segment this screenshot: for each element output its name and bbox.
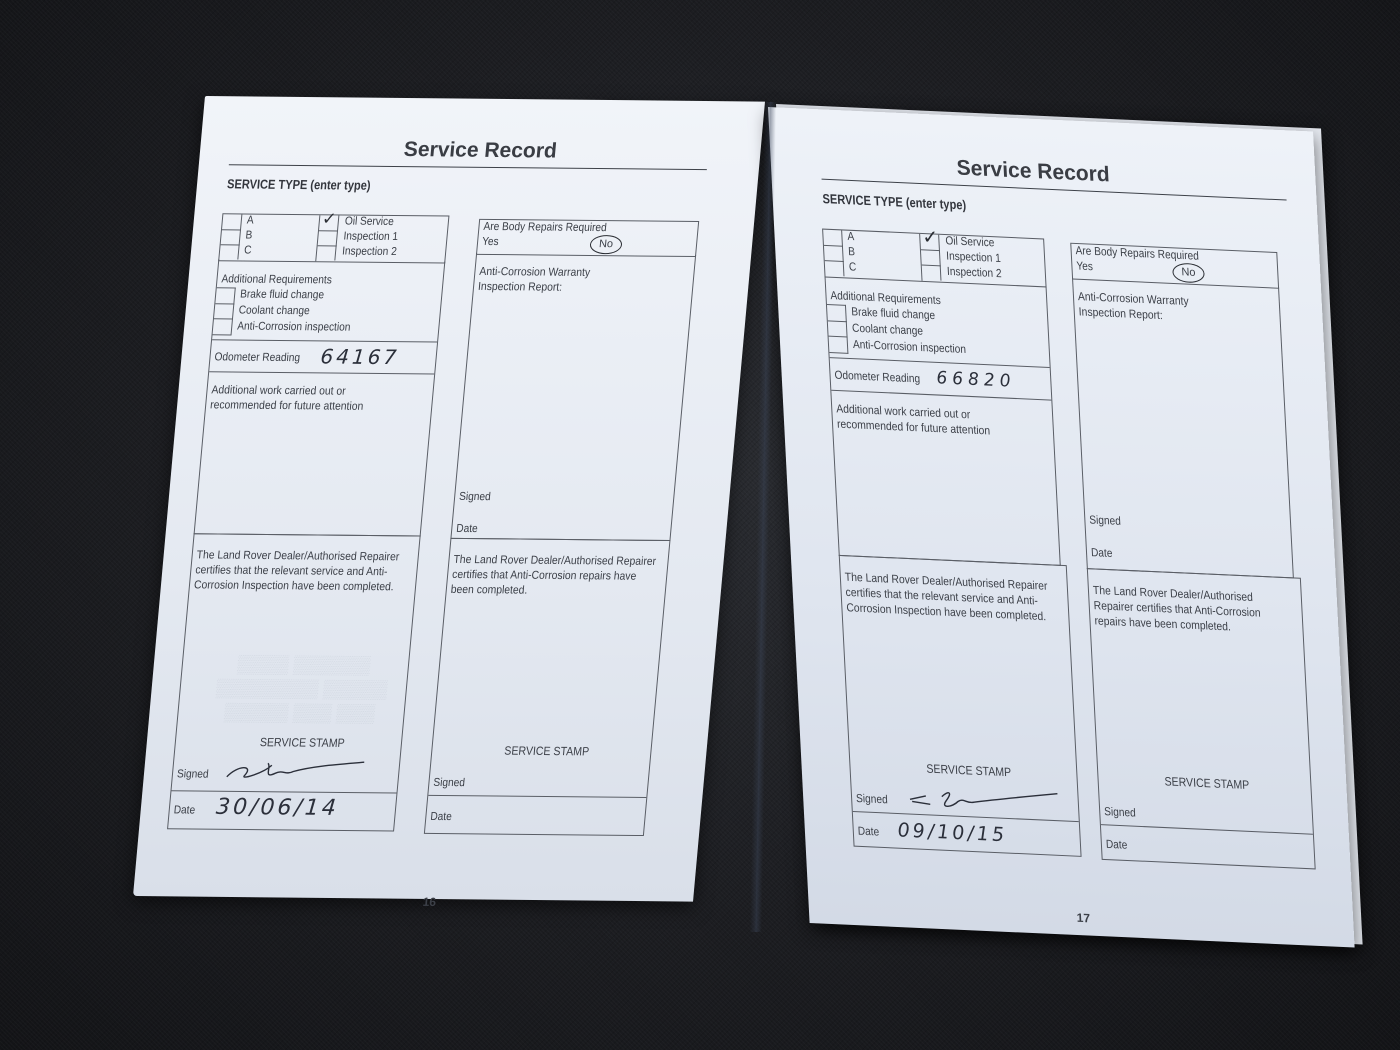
checkbox-a[interactable] <box>222 214 242 230</box>
req-brake-fluid: Brake fluid change <box>240 289 325 302</box>
warranty-report-box: Anti-Corrosion Warranty Inspection Repor… <box>450 253 696 541</box>
additional-work-label: Additional work carried out or recommend… <box>836 402 1000 440</box>
checkbox-coolant[interactable] <box>828 320 848 337</box>
option-inspection-2: Inspection 2 <box>342 246 398 259</box>
body-repairs-label: Are Body Repairs Required <box>1075 245 1199 263</box>
body-repairs-no-circled[interactable]: No <box>1172 263 1205 284</box>
odometer-value[interactable]: 64167 <box>320 344 401 369</box>
req-brake-fluid: Brake fluid change <box>851 306 935 322</box>
warranty-date-label: Date <box>456 523 478 535</box>
req-coolant: Coolant change <box>852 322 924 337</box>
body-repairs-no-circled[interactable]: No <box>589 235 623 254</box>
option-oil-service: Oil Service <box>945 235 995 249</box>
certify-service-text: The Land Rover Dealer/Authorised Repaire… <box>845 570 1072 626</box>
service-type-label: SERVICE TYPE (enter type) <box>822 191 966 213</box>
date-label: Date <box>1106 839 1128 852</box>
option-oil-service: Oil Service <box>344 216 394 228</box>
odometer-value[interactable]: 66820 <box>936 368 1016 392</box>
signature-mark <box>907 783 1068 817</box>
certification-box: The Land Rover Dealer/Authorised Repaire… <box>839 555 1082 857</box>
certification-box: The Land Rover Dealer/Authorised Repaire… <box>167 533 421 831</box>
certify-corrosion-text: The Land Rover Dealer/Authorised Repaire… <box>450 553 657 600</box>
divider <box>1101 824 1313 835</box>
divider <box>831 390 1051 401</box>
req-anti-corrosion: Anti-Corrosion inspection <box>237 321 351 334</box>
option-a: A <box>246 215 254 227</box>
additional-box: Additional Requirements Brake fluid chan… <box>194 259 446 536</box>
service-type-label: SERVICE TYPE (enter type) <box>226 176 371 192</box>
signed-label: Signed <box>176 768 209 780</box>
additional-requirements-label: Additional Requirements <box>830 290 941 307</box>
service-stamp-label: SERVICE STAMP <box>1164 774 1249 792</box>
service-options-box: A B C ✓ Oil Service Inspection 1 Inspect… <box>218 213 449 263</box>
divider <box>171 790 396 793</box>
option-b: B <box>245 230 253 242</box>
checkbox-c[interactable] <box>825 260 845 276</box>
checkbox-inspection-2[interactable] <box>922 265 942 281</box>
certify-corrosion-text: The Land Rover Dealer/Authorised Repaire… <box>1093 584 1284 638</box>
checkbox-b[interactable] <box>221 229 241 245</box>
checkmark-icon: ✓ <box>321 209 337 229</box>
signed-label: Signed <box>1104 806 1136 820</box>
req-coolant: Coolant change <box>238 305 310 318</box>
option-a: A <box>847 231 854 244</box>
body-repairs-yes[interactable]: Yes <box>1076 260 1093 273</box>
page-16: ▒▒▒▒ ▒▒▒▒▒▒▒▒▒▒▒▒▒▒ ▒▒▒▒▒▒▒▒▒▒ ▒▒▒ ▒▒▒ S… <box>133 96 765 902</box>
checkbox-coolant[interactable] <box>214 303 234 319</box>
divider <box>209 371 434 374</box>
warranty-signed-label: Signed <box>1089 514 1121 528</box>
page-title: Service Record <box>750 147 1316 197</box>
option-inspection-2: Inspection 2 <box>947 266 1002 281</box>
checkmark-icon: ✓ <box>922 226 939 250</box>
option-c: C <box>244 245 252 257</box>
body-repairs-label: Are Body Repairs Required <box>483 221 607 234</box>
date-value[interactable]: 09/10/15 <box>897 819 1007 846</box>
body-repairs-yes[interactable]: Yes <box>482 236 500 248</box>
service-stamp-label: SERVICE STAMP <box>259 735 345 750</box>
divider <box>212 339 437 342</box>
checkbox-brake-fluid[interactable] <box>215 287 236 304</box>
odometer-label: Odometer Reading <box>214 351 301 364</box>
date-value[interactable]: 30/06/14 <box>215 795 340 821</box>
warranty-report-label: Anti-Corrosion Warranty Inspection Repor… <box>1078 290 1224 327</box>
option-b: B <box>848 246 855 259</box>
signed-label: Signed <box>433 777 466 789</box>
additional-requirements-label: Additional Requirements <box>221 273 332 286</box>
page-17: Service Record SERVICE TYPE (enter type)… <box>768 107 1355 948</box>
checkbox-anti-corrosion[interactable] <box>829 337 849 354</box>
page-number: 17 <box>1076 911 1090 926</box>
page-number: 16 <box>422 895 437 909</box>
title-rule <box>229 164 707 170</box>
checkbox-inspection-1[interactable] <box>318 230 338 246</box>
divider <box>830 357 1050 368</box>
warranty-date-label: Date <box>1091 547 1113 560</box>
signature-mark <box>222 757 374 785</box>
date-label: Date <box>173 804 195 816</box>
date-label: Date <box>430 811 452 823</box>
additional-work-label: Additional work carried out or recommend… <box>209 383 374 415</box>
option-c: C <box>849 261 857 274</box>
service-stamp-label: SERVICE STAMP <box>504 744 590 759</box>
option-inspection-1: Inspection 1 <box>946 250 1001 265</box>
warranty-report-label: Anti-Corrosion Warranty Inspection Repor… <box>477 265 624 296</box>
corrosion-certification-box: The Land Rover Dealer/Authorised Repaire… <box>1087 568 1316 869</box>
date-label: Date <box>858 825 880 838</box>
checkbox-anti-corrosion[interactable] <box>212 319 232 335</box>
checkbox-c[interactable] <box>219 244 239 259</box>
warranty-report-box: Anti-Corrosion Warranty Inspection Repor… <box>1072 277 1294 578</box>
service-stamp-label: SERVICE STAMP <box>926 761 1011 779</box>
certify-service-text: The Land Rover Dealer/Authorised Repaire… <box>193 548 422 595</box>
page-title: Service Record <box>199 136 761 166</box>
signed-label: Signed <box>856 793 888 807</box>
body-repairs-box: Are Body Repairs Required Yes No <box>476 219 699 257</box>
corrosion-certification-box: The Land Rover Dealer/Authorised Repaire… <box>424 538 671 836</box>
divider <box>428 795 646 798</box>
checkbox-inspection-2[interactable] <box>316 245 336 260</box>
option-inspection-1: Inspection 1 <box>343 231 399 244</box>
additional-box: Additional Requirements Brake fluid chan… <box>824 275 1060 565</box>
req-anti-corrosion: Anti-Corrosion inspection <box>853 339 967 356</box>
warranty-signed-label: Signed <box>459 491 492 503</box>
odometer-label: Odometer Reading <box>834 369 920 385</box>
